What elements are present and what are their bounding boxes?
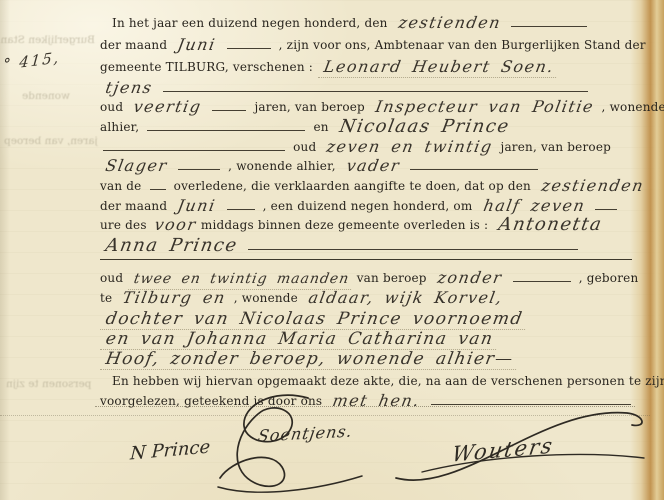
act-line-12: Anna Prince <box>100 236 581 254</box>
blank-rule-full <box>100 259 632 260</box>
handwritten-name-continued: tjens <box>100 79 158 97</box>
handwritten-am-pm: voor <box>152 216 199 234</box>
act-line-5: oud veertig jaren, van beroep Inspecteur… <box>100 97 664 116</box>
handwritten-birthplace: Tilburg en <box>117 289 231 307</box>
printed-text: middags binnen deze gemeente overleden i… <box>201 218 488 232</box>
act-line-15: te Tilburg en , wonende aldaar, wijk Kor… <box>100 288 505 307</box>
printed-text: ure des <box>100 218 147 232</box>
handwritten-relation: vader <box>341 157 406 175</box>
printed-text: gemeente TILBURG, verschenen : <box>100 60 313 74</box>
act-line-10: der maand Juni , een duizend negen honde… <box>100 196 620 215</box>
act-line-6: alhier, en Nicolaas Prince <box>100 117 512 136</box>
bleedthrough-text: wonende <box>22 90 70 102</box>
handwritten-parentage-3: Hoof, zonder beroep, wonende alhier— <box>100 350 519 370</box>
page-edge-left <box>0 0 10 500</box>
blank-rule <box>212 100 246 111</box>
act-number: ° 415, <box>2 48 61 73</box>
handwritten-deceased-name: Antonetta <box>493 216 608 234</box>
act-line-16: dochter van Nicolaas Prince voornoemd <box>100 309 525 329</box>
bleedthrough-text: personen te zijn <box>6 378 91 390</box>
blank-rule <box>513 271 571 282</box>
handwritten-deceased-age: twee en twintig maanden <box>128 270 355 290</box>
handwritten-profession2: Slager <box>100 157 173 175</box>
printed-text: , wonende <box>234 291 298 305</box>
printed-text: , een duizend negen honderd, om <box>263 199 473 213</box>
printed-text: , zijn voor ons, Ambtenaar van den Burge… <box>279 38 646 52</box>
printed-text: In het jaar een duizend negen honderd, d… <box>112 16 388 30</box>
printed-text: te <box>100 291 112 305</box>
printed-text: der maand <box>100 38 167 52</box>
blank-rule <box>178 159 220 170</box>
handwritten-deceased-profession: zonder <box>432 269 508 287</box>
printed-text: oud <box>293 140 316 154</box>
printed-text: der maand <box>100 199 167 213</box>
act-line-4: tjens <box>100 78 591 96</box>
handwritten-profession: Inspecteur van Politie <box>370 98 600 116</box>
handwritten-age: veertig <box>128 98 207 116</box>
act-line-9: van de overledene, die verklaarden aangi… <box>100 176 647 195</box>
blank-rule <box>227 38 271 49</box>
act-line-7: oud zeven en twintig jaren, van beroep <box>100 137 611 156</box>
printed-text: En hebben wij hiervan opgemaakt deze akt… <box>112 374 664 388</box>
handwritten-declarant-name: Leonard Heubert Soen. <box>318 58 560 78</box>
death-certificate-page: Burgerlijken Stand der wonende jaren, va… <box>0 0 664 500</box>
printed-text: overledene, die verklaarden aangifte te … <box>174 179 531 193</box>
handwritten-parentage-2: en van Johanna Maria Catharina van <box>100 330 499 350</box>
bleedthrough-text: Burgerlijken Stand der <box>0 34 95 46</box>
handwritten-day: zestienden <box>393 14 507 32</box>
printed-text: , wonende alhier, <box>228 159 336 173</box>
handwritten-month: Juni <box>172 36 221 54</box>
handwritten-age2: zeven en twintig <box>321 138 498 156</box>
act-line-3: gemeente TILBURG, verschenen : Leonard H… <box>100 57 556 77</box>
printed-text: oud <box>100 271 123 285</box>
act-line-11: ure des voor middags binnen deze gemeent… <box>100 215 605 234</box>
handwritten-death-time: half zeven <box>478 197 591 215</box>
handwritten-death-day: zestienden <box>536 177 650 195</box>
printed-text: van beroep <box>357 271 427 285</box>
bleedthrough-text: jaren, van beroep <box>4 135 98 147</box>
act-line-14: oud twee en twintig maanden van beroep z… <box>100 268 638 289</box>
act-line-19: En hebben wij hiervan opgemaakt deze akt… <box>112 371 664 390</box>
act-line-1: In het jaar een duizend negen honderd, d… <box>112 13 590 32</box>
blank-rule <box>595 199 617 210</box>
printed-text: alhier, <box>100 120 139 134</box>
handwritten-deceased-name-2: Anna Prince <box>100 237 243 255</box>
printed-text: en <box>313 120 328 134</box>
blank-rule <box>227 199 255 210</box>
handwritten-declarant2-name: Nicolaas Prince <box>334 118 515 136</box>
printed-text: van de <box>100 179 141 193</box>
signature-prince: N Prince <box>130 436 211 464</box>
act-line-8: Slager , wonende alhier, vader <box>100 156 541 175</box>
act-line-18: Hoof, zonder beroep, wonende alhier— <box>100 349 516 369</box>
handwritten-parentage-1: dochter van Nicolaas Prince voornoemd <box>100 310 528 330</box>
blank-rule <box>150 179 166 190</box>
blank-rule <box>147 120 305 131</box>
handwritten-death-month: Juni <box>172 197 221 215</box>
printed-text: jaren, van beroep <box>254 100 364 114</box>
blank-rule <box>511 16 587 27</box>
printed-text: , geboren <box>579 271 639 285</box>
act-line-2: der maand Juni , zijn voor ons, Ambtenaa… <box>100 35 646 54</box>
act-line-17: en van Johanna Maria Catharina van <box>100 329 496 349</box>
printed-text: oud <box>100 100 123 114</box>
printed-text: jaren, van beroep <box>501 140 611 154</box>
blank-rule <box>163 81 588 92</box>
blank-rule <box>248 239 578 250</box>
blank-rule <box>103 140 285 151</box>
handwritten-residence: aldaar, wijk Korvel, <box>303 289 508 307</box>
printed-text: , wonende <box>602 100 664 114</box>
blank-rule <box>410 159 538 170</box>
